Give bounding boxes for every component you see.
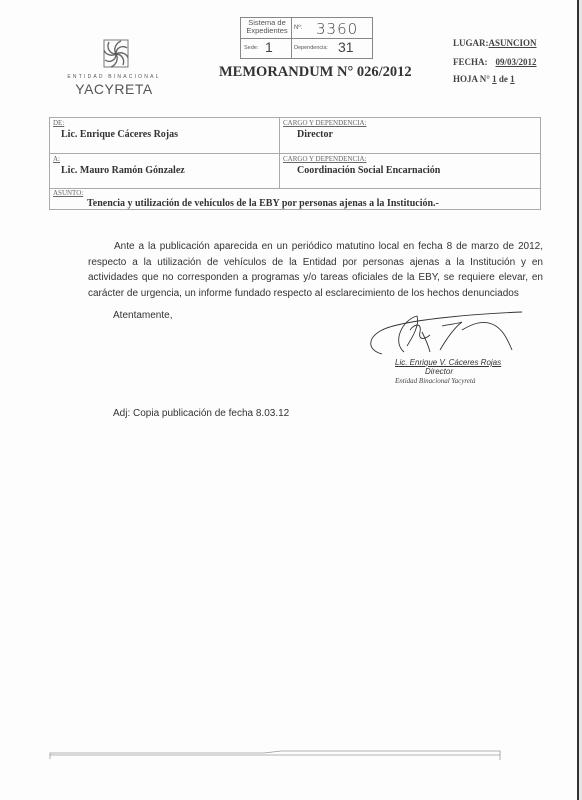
- memo-body: Ante a la publicación aparecida en un pe…: [88, 239, 543, 301]
- a-cargo-label: CARGO Y DEPENDENCIA:: [283, 155, 366, 163]
- asunto-value: Tenencia y utilización de vehículos de l…: [87, 198, 439, 209]
- memo-title: MEMORANDUM N° 026/2012: [219, 64, 412, 81]
- expedientes-stamp: Sistema de Expedientes Nº: 3360 Sede: 1 …: [240, 17, 373, 59]
- spiral-logo-icon: [101, 38, 131, 70]
- de-cargo-label: CARGO Y DEPENDENCIA:: [283, 119, 366, 127]
- attachment-note: Adj: Copia publicación de fecha 8.03.12: [113, 408, 289, 419]
- hoja-label: HOJA N°: [453, 74, 490, 84]
- stamp-system-label: Sistema de Expedientes: [244, 19, 290, 35]
- de-value: Lic. Enrique Cáceres Rojas: [61, 129, 178, 140]
- stamp-sede-label: Sede:: [244, 45, 258, 51]
- asunto-label: ASUNTO:: [53, 189, 83, 197]
- signatory-name: Lic. Enrique V. Cáceres Rojas: [395, 358, 501, 367]
- body-paragraph: Ante a la publicación aparecida en un pe…: [88, 241, 543, 299]
- a-value: Lic. Mauro Ramón Gónzalez: [61, 165, 185, 176]
- meta-hoja: HOJA N° 1 de 1: [453, 74, 515, 84]
- closing: Atentamente,: [113, 310, 172, 321]
- fecha-value: 09/03/2012: [488, 57, 537, 67]
- yacyreta-logo: ENTIDAD BINACIONAL YACYRETA: [64, 38, 164, 100]
- stamp-number-label: Nº:: [294, 25, 302, 31]
- fecha-label: FECHA:: [453, 57, 488, 67]
- logo-subtitle: ENTIDAD BINACIONAL: [64, 74, 164, 80]
- signature-icon: [362, 310, 542, 360]
- de-label: DE:: [53, 119, 64, 127]
- a-cargo-value: Coordinación Social Encarnación: [297, 165, 440, 176]
- stamp-number-value: 3360: [316, 20, 358, 38]
- stamp-dependencia-label: Dependencia:: [294, 45, 328, 51]
- signatory-title: Director: [425, 367, 453, 376]
- de-cargo-value: Director: [297, 129, 333, 140]
- hoja-total: 1: [510, 74, 515, 84]
- hoja-de: de: [499, 74, 508, 84]
- signatory-entity: Entidad Binacional Yacyretá: [395, 377, 475, 385]
- memo-header-table: DE: Lic. Enrique Cáceres Rojas CARGO Y D…: [49, 117, 541, 210]
- stamp-dependencia-value: 31: [338, 39, 354, 55]
- logo-name: YACYRETA: [64, 81, 164, 97]
- stamp-sede-value: 1: [265, 39, 273, 55]
- hoja-value: 1: [492, 74, 497, 84]
- lugar-label: LUGAR:: [453, 38, 489, 48]
- a-label: A:: [53, 155, 60, 163]
- meta-fecha: FECHA:09/03/2012: [453, 57, 537, 67]
- lugar-value: ASUNCION: [489, 38, 537, 48]
- footer-divider: [49, 750, 501, 760]
- meta-lugar: LUGAR:ASUNCION: [453, 38, 537, 48]
